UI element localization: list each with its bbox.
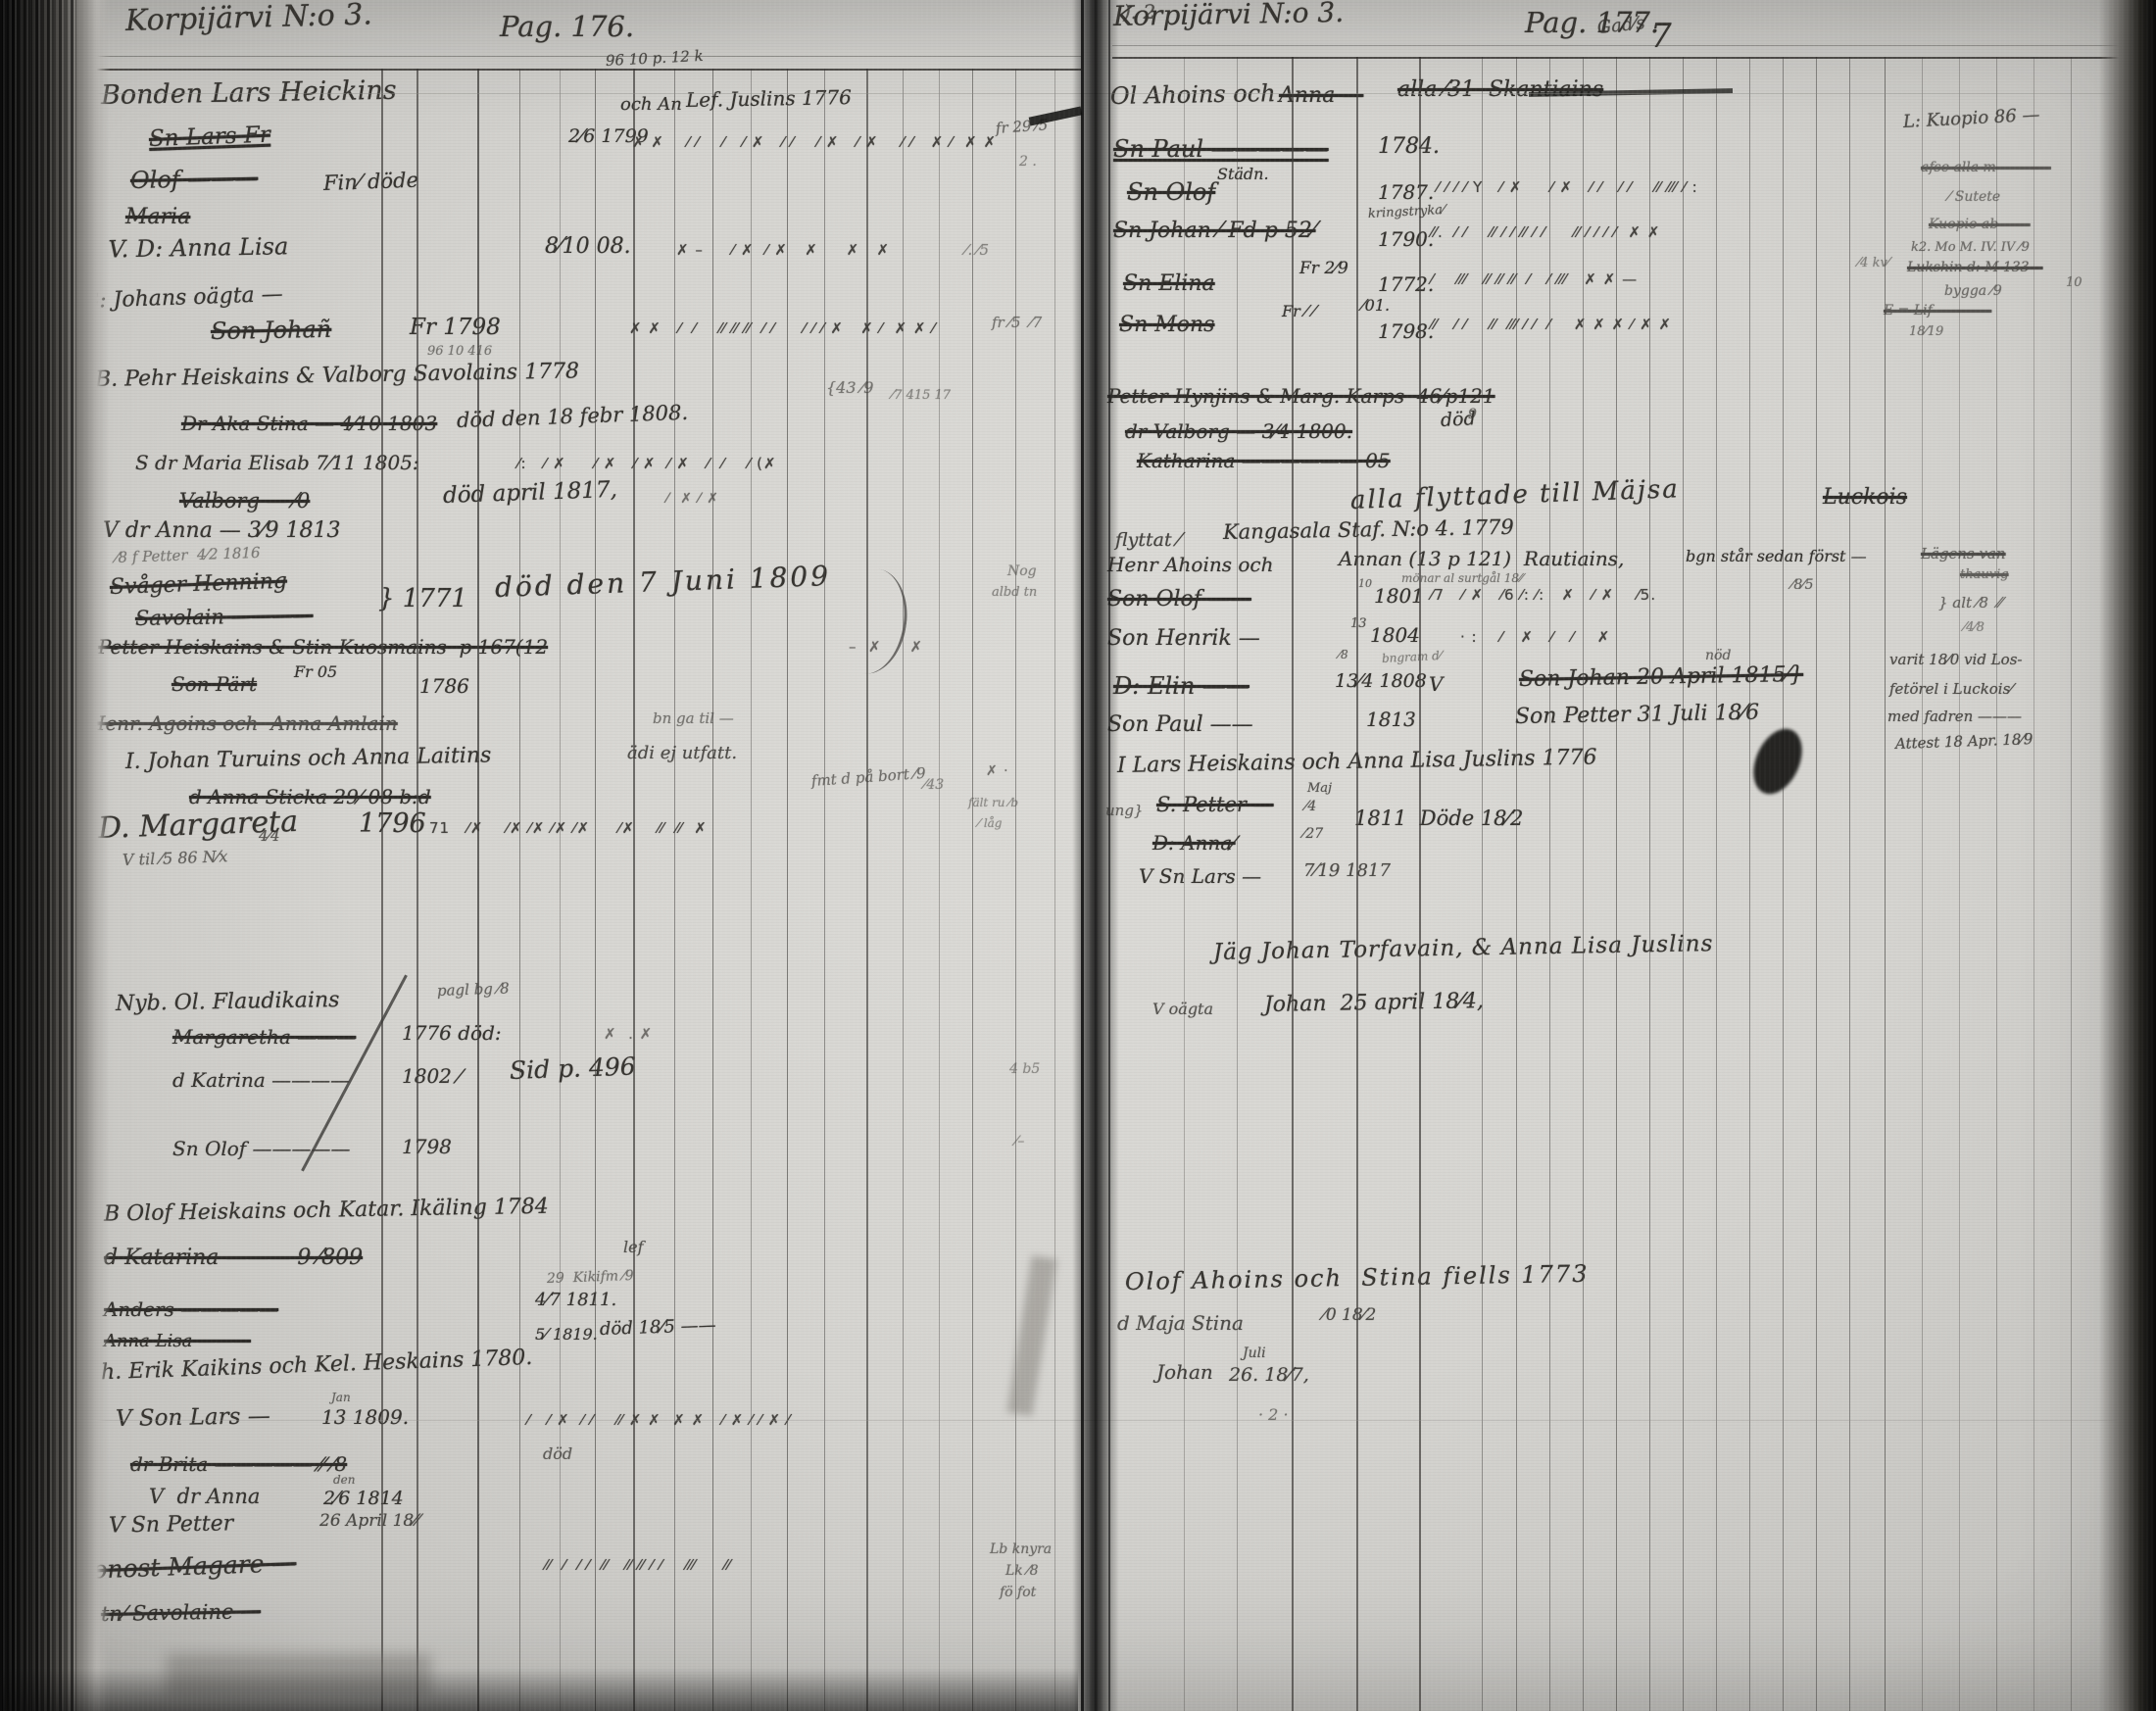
register-entry: B: Johans oägta —	[83, 283, 283, 313]
register-entry: Sn Olof —————	[172, 1139, 351, 1159]
column-rule	[903, 69, 904, 1711]
register-entry: dr Valborg — 3⁄4 1800.	[1125, 421, 1352, 442]
margin-note: fr ⁄5 ⁄7	[992, 316, 1042, 331]
margin-note: med fadren ———	[1887, 709, 2022, 725]
annotation: Luckois	[1823, 486, 1907, 509]
annotation: Kangasala Staf. N:o 4. 1779	[1223, 516, 1514, 543]
annotation: Maj	[1307, 782, 1332, 796]
annotation: Son Petter 31 Juli 18⁄6	[1515, 702, 1760, 728]
margin-note: varit 18⁄0 vid Los-	[1889, 653, 2022, 668]
column-rule	[1816, 57, 1817, 1711]
margin-note: 10	[2066, 276, 2082, 290]
date-value: 1801	[1374, 586, 1424, 607]
tally-marks: ⁄⁄ ⁄ ⁄ ⁄ ⁄⁄ ⁄⁄ ⁄⁄ ⁄ ⁄ ⁄⁄⁄ ⁄⁄	[545, 1558, 731, 1574]
register-entry: Son Paul ——	[1107, 713, 1253, 736]
register-entry: S dr Maria Elisab 7⁄11 1805:	[135, 453, 419, 473]
register-entry: V Sn Lars —	[1139, 866, 1261, 887]
register-entry: Anders —————	[104, 1299, 278, 1320]
register-entry: Olof Ahoins och Stina fiells 1773	[1125, 1262, 1590, 1295]
annotation: bgn står sedan först —	[1686, 549, 1867, 565]
margin-note: ⁄7 415 17	[892, 389, 951, 403]
tally-marks: ✗ ✗ ⁄ ⁄ ⁄⁄ ⁄⁄ ⁄⁄ ⁄ ⁄ ⁄ ⁄ ⁄ ✗ ✗ ⁄ ✗ ✗ ⁄	[629, 321, 936, 337]
margin-note: L: Kuopio 86 —	[1903, 107, 2040, 132]
annotation: 7	[1650, 20, 1672, 55]
register-entry: Sn Olof	[1127, 180, 1215, 205]
left-page-number: Pag. 176.	[500, 12, 634, 41]
annotation: den	[333, 1474, 356, 1487]
register-entry: Anna —	[1279, 84, 1363, 107]
margin-note: Lägens van	[1921, 547, 2006, 562]
register-entry: d Maja Stina	[1117, 1313, 1244, 1334]
column-rule	[1996, 57, 1997, 1711]
annotation: bn ga til —	[653, 711, 734, 727]
margin-note: Kuopio ab ——	[1929, 218, 2031, 232]
annotation: och An	[620, 96, 682, 115]
annotation: 1811 Döde 18⁄2	[1354, 807, 1523, 829]
annotation: nöd	[1705, 649, 1731, 663]
bottom-edge-shadow	[0, 1668, 1078, 1711]
column-rule	[1356, 57, 1358, 1711]
annotation: 29 Kikifm ⁄9	[547, 1269, 634, 1287]
tally-marks: ⁄⁄ ⁄ ⁄ ⁄⁄ ⁄⁄⁄ ⁄ ⁄ ⁄ ✗ ✗ ✗ ⁄ ✗ ✗	[1431, 318, 1672, 333]
register-entry: Valborg — ⁄0	[179, 490, 310, 512]
register-entry: 4 h. Erik Kaikins och Kel. Heskains 1780…	[80, 1346, 533, 1385]
date-value: ⁄0 18⁄2	[1323, 1307, 1376, 1325]
register-entry: Savolain ————	[135, 605, 314, 629]
annotation: ⁄8	[1339, 649, 1348, 661]
annotation: mönar al surtgål 18⁄⁄	[1401, 572, 1523, 585]
margin-note: {43 ⁄9	[826, 380, 873, 397]
register-entry: Petter Heiskains & Stin Kuosmains p 167(…	[98, 637, 548, 658]
margin-note: 4 b5	[1009, 1062, 1040, 1077]
register-entry: Maria	[125, 206, 190, 228]
annotation: 4⁄4	[259, 829, 280, 845]
annotation: 96 10 416	[427, 345, 492, 359]
margin-note: ⁄4⁄8	[1964, 621, 1984, 635]
annotation: alla flyttade till Mäjsa	[1350, 476, 1681, 514]
register-entry: Sn Elina	[1123, 272, 1215, 295]
date-value: 1786	[419, 676, 469, 697]
date-value: 1776 död:	[402, 1023, 502, 1044]
margin-note: 2 .	[1019, 155, 1037, 170]
column-rule	[866, 69, 868, 1711]
margin-note: thauvig	[1960, 568, 2009, 582]
annotation: ⁄4	[1305, 800, 1316, 814]
register-entry: Nyb. Ol. Flaudikains	[116, 989, 340, 1015]
tally-marks: ⁄⁄. ⁄ ⁄ ⁄⁄ ⁄ ⁄ ⁄⁄ ⁄ ⁄ ⁄⁄ ⁄ ⁄ ⁄ ⁄ ✗ ✗	[1431, 225, 1660, 241]
register-entry: D: Anna⁄	[1152, 833, 1236, 854]
register-entry: I. Johan Turuins och Anna Laitins	[125, 744, 492, 773]
annotation: ⁄8 f Petter 4⁄2 1816	[116, 546, 261, 566]
tally-marks: ✗ . ✗	[604, 1027, 653, 1043]
left-page-place-title: Korpijärvi N:o 3.	[125, 0, 373, 36]
header-rule	[1112, 45, 2151, 46]
pencil-smudge	[1006, 1255, 1056, 1416]
column-rule	[2033, 57, 2034, 1711]
annotation: Sid p. 496	[510, 1054, 637, 1085]
annotation: 13	[1350, 617, 1367, 631]
date-value: 26. 18⁄7,	[1229, 1366, 1309, 1386]
annotation: pagl bg ⁄8	[437, 981, 510, 999]
margin-note: albd tn	[992, 586, 1037, 600]
column-rule	[1616, 57, 1617, 1711]
column-rule	[1516, 57, 1517, 1711]
tally-marks: ⁄ ✗ ⁄ ✗	[666, 492, 719, 507]
margin-note: Lukshin d: M 133—	[1907, 261, 2043, 275]
column-rule	[1549, 57, 1550, 1711]
annotation: 10	[1358, 578, 1372, 590]
date-value: 4⁄7 1811.	[535, 1292, 616, 1310]
register-entry: dr Brita ————— ⁄⁄ ⁄8	[130, 1454, 347, 1475]
annotation: ⁄01.	[1362, 298, 1390, 315]
margin-note: Lk ⁄8	[1005, 1564, 1038, 1579]
register-entry: D: Elin ——	[1113, 674, 1249, 699]
date-value: 1790.	[1378, 229, 1434, 250]
column-rule	[560, 69, 561, 1711]
annotation: Jan	[331, 1392, 351, 1404]
annotation: V oägta	[1152, 1002, 1213, 1018]
ink-blot	[1744, 721, 1812, 802]
date-value: 1802 ⁄	[402, 1066, 462, 1087]
flourish-stroke	[827, 563, 914, 679]
annotation: Lef. Juslins 1776	[686, 87, 852, 111]
annotation: lef	[623, 1240, 644, 1256]
annotation: V	[1429, 674, 1443, 695]
register-entry: Katharina —————— 05	[1137, 451, 1391, 471]
annotation: 26 April 18⁄⁄	[319, 1513, 419, 1531]
margin-note: E = Lif ————	[1884, 304, 1991, 318]
column-rule	[2071, 57, 2072, 1711]
annotation: ⁄8⁄5	[1791, 578, 1814, 593]
annotation: ädi ej utfatt.	[627, 745, 737, 763]
header-rule	[1112, 57, 2151, 59]
register-entry: Olof ———	[130, 167, 259, 193]
column-rule	[1419, 57, 1421, 1711]
register-scan: Korpijärvi N:o 3. Pag. 176. Korpijärvi N…	[0, 0, 2156, 1711]
register-entry: tn⁄ Savolaine —	[101, 1600, 262, 1625]
column-rule	[1054, 69, 1055, 1711]
tally-marks: ✗ ✗ ⁄ ⁄ ⁄ ⁄ ✗ ⁄ ⁄ ⁄ ✗ ⁄ ✗ ⁄ ⁄ ✗ ⁄ ✗ ✗	[632, 135, 997, 151]
annotation: Son Johan 20 April 1815⁄}	[1519, 663, 1804, 691]
annotation: död den 18 febr 1808.	[457, 402, 689, 431]
date-value: 1804	[1370, 625, 1420, 646]
date-value: 13 1809.	[321, 1407, 409, 1428]
column-rule	[381, 69, 383, 1711]
gutter-fold-line	[1108, 0, 1110, 1711]
book-right-edge	[2099, 0, 2156, 1711]
annotation: död	[543, 1446, 572, 1463]
annotation: fmt d på bort ⁄9	[810, 766, 926, 790]
margin-note: fält ru ⁄b	[968, 797, 1018, 809]
annotation: Fr ⁄ ⁄	[1282, 304, 1315, 320]
tally-marks: ⁄: ⁄ ✗ ⁄ ✗ ⁄ ✗ ⁄ ✗ ⁄ ⁄ ⁄ (✗	[517, 457, 777, 472]
date-value: 8⁄10 08.	[545, 235, 631, 258]
header-rule	[73, 69, 1081, 71]
column-rule	[519, 69, 520, 1711]
annotation: bngram d⁄	[1382, 650, 1442, 665]
margin-note: fr 29 ⁄5	[995, 118, 1048, 136]
column-rule	[1849, 57, 1850, 1711]
register-entry: V Son Lars —	[116, 1404, 270, 1431]
column-rule	[751, 69, 752, 1711]
date-value: 1772.	[1378, 274, 1434, 295]
header-rule	[73, 56, 1081, 57]
date-value: 13⁄4 1808	[1335, 672, 1427, 692]
tally-marks: ⁄ ⁄ ✗ ⁄ ⁄ ⁄⁄ ✗ ✗ ✗ ✗ ⁄ ✗ ⁄ ⁄ ✗ ⁄	[527, 1413, 790, 1429]
tally-marks: ⁄ ⁄ ⁄ ⁄ Y ⁄ ✗ ⁄ ✗ ⁄ ⁄ ⁄ ⁄ ⁄⁄ ⁄⁄⁄ ⁄ :	[1437, 180, 1698, 196]
margin-note: ⁄43	[924, 778, 944, 793]
column-rule	[712, 69, 713, 1711]
tally-marks: ✗ ·	[986, 764, 1009, 779]
annotation: 96 10 p. 12 k	[606, 49, 704, 70]
register-entry: Son Johañ	[211, 318, 332, 344]
book-binding-edge	[0, 0, 110, 1711]
register-entry: V dr Anna	[149, 1486, 260, 1507]
register-entry: alla ⁄31 Skantiains	[1397, 78, 1603, 101]
margin-note: Nog	[1007, 564, 1037, 579]
column-rule	[633, 69, 635, 1711]
annotation: Fr 2⁄9	[1299, 261, 1348, 278]
register-entry: d Anna Sticka 29⁄ 08 b:d	[189, 787, 431, 807]
annotation: · 2 ·	[1258, 1407, 1289, 1424]
margin-note: ⁄. ⁄5	[965, 243, 989, 259]
column-rule	[1583, 57, 1584, 1711]
column-rule	[972, 69, 973, 1711]
column-rule	[1649, 57, 1650, 1711]
register-entry: S. Petter —	[1156, 794, 1274, 815]
margin-note: fetörel i Luckois⁄	[1889, 682, 2013, 698]
register-entry: Annan (13 p 121) Rautiains,	[1339, 549, 1624, 569]
register-entry: Son Olof ——	[1107, 588, 1251, 611]
register-entry: Sn Mons	[1119, 314, 1214, 336]
tally-marks: · : ⁄ ✗ ⁄ ⁄ ✗	[1460, 630, 1610, 646]
date-value: 2⁄6 1814	[323, 1490, 404, 1509]
column-rule	[1783, 57, 1784, 1711]
register-entry: Sn Lars Fr	[149, 123, 271, 151]
annotation: Fin⁄ döde	[323, 170, 419, 194]
date-value: 5⁄ 1819.	[535, 1327, 598, 1344]
register-entry: Johan	[1156, 1362, 1213, 1383]
margin-note: ⁄ Sutete	[1948, 190, 2000, 205]
register-entry: I Lars Heiskains och Anna Lisa Juslins 1…	[1117, 746, 1597, 777]
gutter-fold-line	[1081, 0, 1084, 1711]
column-rule	[595, 69, 596, 1711]
register-entry: d Katarina ——— 9 ⁄809	[104, 1247, 363, 1269]
date-value: 1784.	[1378, 135, 1440, 158]
date-value: 1787.	[1378, 182, 1434, 203]
annotation: Fr 05	[294, 664, 337, 681]
register-entry: Jäg Johan Torfavain, & Anna Lisa Juslins	[1213, 932, 1714, 964]
date-value: 7⁄19 1817	[1303, 862, 1391, 881]
column-rule	[1482, 57, 1483, 1711]
column-rule	[1683, 57, 1684, 1711]
register-entry: Sn Paul —————	[1113, 137, 1329, 162]
margin-note: ⁄4 kv⁄	[1858, 257, 1889, 270]
register-entry: Bonden Lars Heickins	[101, 77, 397, 111]
page-gutter	[1072, 0, 1119, 1711]
date-value: 1798	[402, 1137, 452, 1157]
register-entry: d Katrina ————	[172, 1070, 350, 1091]
register-entry: Henr. Agoins och Anna Amlain	[88, 713, 398, 734]
date-value: 1796	[359, 810, 426, 838]
margin-note: ⁄ låg	[978, 817, 1003, 830]
margin-note: fö fot	[1000, 1586, 1036, 1600]
margin-note: afse alla m————	[1921, 161, 2051, 175]
column-rule	[787, 69, 788, 1711]
column-rule	[1749, 57, 1750, 1711]
register-entry: B. Pehr Heiskains & Valborg Savolains 17…	[95, 360, 579, 391]
register-entry: Dr Aka Stina — 4⁄10 1803	[181, 414, 437, 434]
register-entry: Petter Hynjins & Marg. Karps 46⁄p121	[1107, 386, 1495, 407]
date-value: 1813	[1366, 709, 1416, 730]
register-entry: Son Henrik —	[1107, 627, 1260, 650]
register-entry: 4 B Olof Heiskains och Katar. Ikäling 17…	[83, 1196, 549, 1226]
margin-note: } alt ⁄8 ⁄⁄	[1938, 596, 2002, 611]
margin-note: k2. Mo M. IV. IV ⁄9	[1911, 241, 2030, 255]
annotation: Juli	[1243, 1346, 1266, 1361]
annotation: död 18⁄5 ——	[600, 1317, 716, 1340]
margin-note: bygga ⁄9	[1944, 284, 2002, 299]
register-entry: Margaretha ———	[172, 1027, 356, 1048]
annotation: död den 7 Juni 1809	[494, 562, 831, 602]
tally-marks: 71 ⁄✗ ⁄✗ ⁄✗ ⁄✗ ⁄✗ ⁄✗ ⁄⁄ ⁄⁄ ✗	[429, 821, 708, 837]
annotation: flyttat ⁄	[1115, 531, 1181, 551]
annotation: död	[1440, 410, 1476, 431]
register-entry: Son Pärt	[171, 674, 257, 695]
annotation: ⁄27	[1303, 827, 1323, 842]
annotation: Johan 25 april 18⁄4,	[1264, 990, 1484, 1016]
annotation: död april 1817,	[443, 478, 618, 508]
margin-note: 18⁄19	[1909, 325, 1943, 339]
column-rule	[674, 69, 675, 1711]
tally-marks: ✗ – ⁄ ✗ ⁄ ✗ ✗ ✗ ✗	[676, 243, 890, 259]
tally-marks: – ✗ ✗	[849, 640, 923, 656]
column-rule	[939, 69, 940, 1711]
tally-marks: ⁄ ⁄⁄⁄ ⁄⁄ ⁄⁄ ⁄⁄ ⁄ ⁄ ⁄⁄⁄ ✗ ✗ —	[1431, 272, 1638, 288]
annotation: kringstryka⁄	[1368, 204, 1445, 221]
annotation: V til ⁄5 86 N⁄x	[122, 849, 228, 869]
column-rule	[1716, 57, 1717, 1711]
register-entry: Svåger Henning	[110, 570, 288, 599]
margin-note: ⁄–	[1015, 1135, 1024, 1149]
date-value: } 1771	[378, 586, 467, 612]
tally-marks: ⁄7 ⁄ ✗ ⁄6 ⁄: ⁄: ✗ ⁄ ✗ ⁄5.	[1431, 588, 1656, 604]
register-entry: Ol Ahoins och	[1110, 81, 1276, 109]
register-entry: V dr Anna — 3⁄9 1813	[103, 519, 340, 542]
register-entry: Sn Johan ⁄ Fd p 52⁄	[1113, 220, 1316, 242]
margin-note: Attest 18 Apr. 18⁄9	[1895, 732, 2033, 753]
annotation: Städn.	[1217, 167, 1269, 183]
register-entry: Henr Ahoins och	[1107, 555, 1273, 575]
column-rule	[824, 69, 825, 1711]
date-value: Fr 1798	[410, 316, 501, 339]
margin-note: Lb knyra	[990, 1542, 1052, 1557]
register-entry: Anna Lisa ———	[104, 1333, 251, 1351]
annotation: ). 2	[1123, 2, 1155, 23]
date-value: 1798.	[1378, 321, 1434, 342]
